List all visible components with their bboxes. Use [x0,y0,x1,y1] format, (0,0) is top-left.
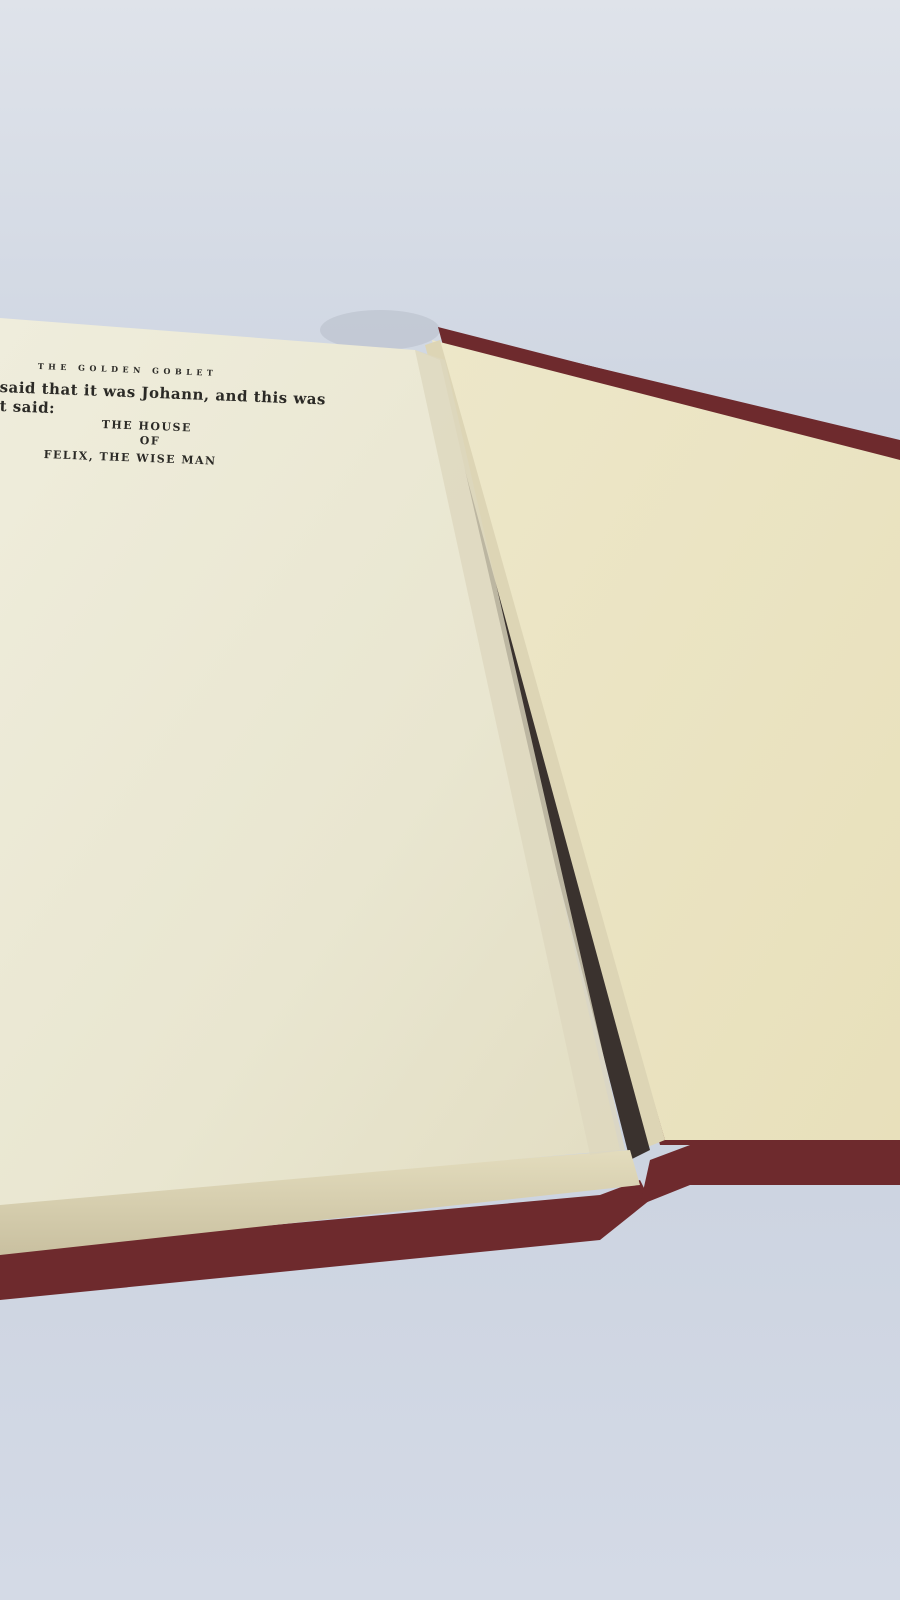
body-line-2: t said: [0,397,56,417]
photo-scene: THE GOLDEN GOBLET said that it was Johan… [0,0,900,1600]
book-illustration [0,0,900,1600]
section-heading-2: OF [140,434,161,448]
